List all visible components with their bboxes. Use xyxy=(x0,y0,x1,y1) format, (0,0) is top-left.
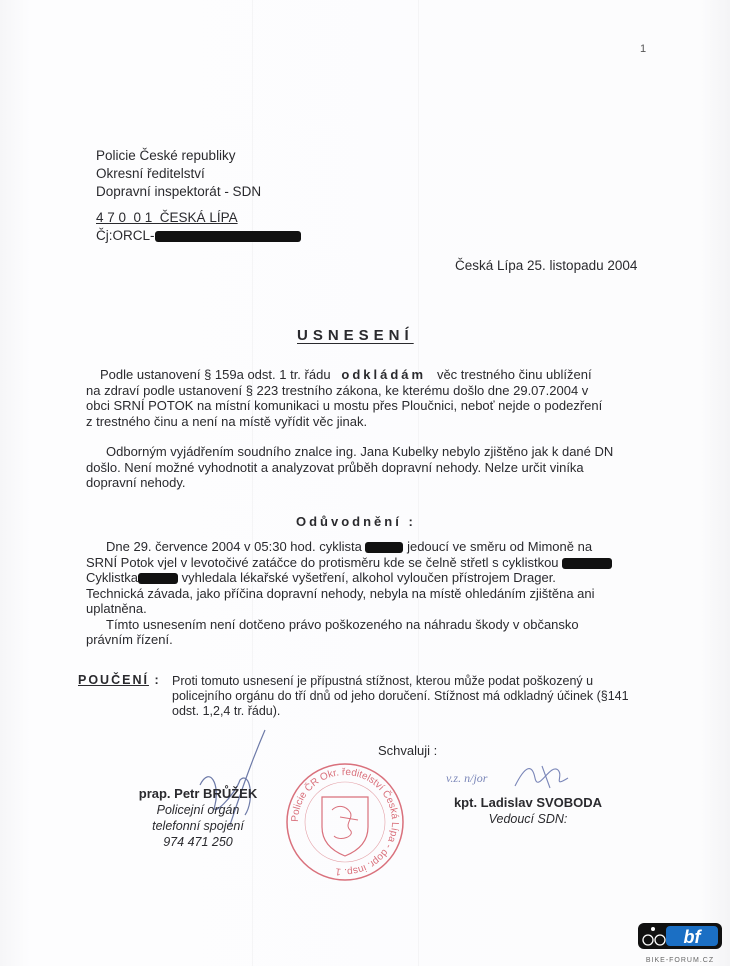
header-line-2: Okresní ředitelství xyxy=(96,165,301,183)
reference-number: Čj:ORCL- xyxy=(96,227,301,245)
signatory-left-role: Policejní orgán xyxy=(118,802,278,818)
scanned-document-page: 1 Policie České republiky Okresní ředite… xyxy=(0,0,730,966)
para1-line: obci SRNÍ POTOK na místní komunikaci u m… xyxy=(86,398,602,414)
para3-text: SRNÍ Potok vjel v levotočivé zatáčce do … xyxy=(86,555,559,570)
svg-text:v.z. n/jor: v.z. n/jor xyxy=(446,771,488,785)
para1-bold-verb: odkládám xyxy=(341,367,426,382)
header-address: 4 7 0 0 1 ČESKÁ LÍPA xyxy=(96,209,301,227)
instruction-text: Proti tomuto usnesení je přípustná stížn… xyxy=(172,674,629,719)
para2-line: dopravní nehody. xyxy=(86,475,613,491)
signatory-left-name: prap. Petr BRŮŽEK xyxy=(118,786,278,802)
svg-text:Policie ČR Okr. ředitelství Če: Policie ČR Okr. ředitelství Česká Lípa -… xyxy=(290,767,400,877)
para3-text: Cyklistka xyxy=(86,570,138,585)
para2-line: došlo. Není možné vyhodnotit a analyzova… xyxy=(86,460,613,476)
instruction-label-colon: : xyxy=(154,673,160,687)
redaction-bar xyxy=(562,558,612,569)
approval-label: Schvaluji : xyxy=(378,743,437,758)
para2-line: Odborným vyjádřením soudního znalce ing.… xyxy=(86,444,613,460)
instruction-line: odst. 1,2,4 tr. řádu). xyxy=(172,704,629,719)
official-stamp-icon: Policie ČR Okr. ředitelství Česká Lípa -… xyxy=(280,762,410,882)
para3-line: uplatněna. xyxy=(86,601,612,617)
bike-forum-watermark: bf BIKE-FORUM.CZ xyxy=(636,921,724,961)
para1-text: Podle ustanovení § 159a odst. 1 tr. řádu xyxy=(100,367,331,382)
paragraph-1: Podle ustanovení § 159a odst. 1 tr. řádu… xyxy=(86,367,602,429)
para3-text: Dne 29. července 2004 v 05:30 hod. cykli… xyxy=(106,539,362,554)
bike-forum-logo-icon: bf xyxy=(636,921,724,951)
instruction-line: Proti tomuto usnesení je přípustná stížn… xyxy=(172,674,629,689)
redaction-bar xyxy=(138,573,178,584)
svg-text:bf: bf xyxy=(684,927,703,947)
signatory-right: kpt. Ladislav SVOBODA Vedoucí SDN: xyxy=(448,795,608,827)
para1-line: na zdraví podle ustanovení § 223 trestní… xyxy=(86,383,602,399)
signatory-left-phone-label: telefonní spojení xyxy=(118,818,278,834)
signatory-right-role: Vedoucí SDN: xyxy=(448,811,608,827)
signatory-right-name: kpt. Ladislav SVOBODA xyxy=(448,795,608,811)
instruction-line: policejního orgánu do tří dnů od jeho do… xyxy=(172,689,629,704)
para3-line: právním řízení. xyxy=(86,632,612,648)
instruction-label: POUČENÍ : xyxy=(78,673,161,687)
bike-forum-site-label: BIKE-FORUM.CZ xyxy=(636,957,724,964)
page-number: 1 xyxy=(640,43,646,55)
para3-text: jedoucí ve směru od Mimoně na xyxy=(407,539,592,554)
document-title: USNESENÍ xyxy=(297,327,414,344)
para1-line: z trestného činu a není na místě vyřídit… xyxy=(86,414,602,430)
signatory-left: prap. Petr BRŮŽEK Policejní orgán telefo… xyxy=(118,786,278,850)
date-line: Česká Lípa 25. listopadu 2004 xyxy=(455,258,637,273)
header-line-3: Dopravní inspektorát - SDN xyxy=(96,183,301,201)
para3-text: vyhledala lékařské vyšetření, alkohol vy… xyxy=(182,570,556,585)
para3-line: Tímto usnesením není dotčeno právo poško… xyxy=(86,617,612,633)
sender-header: Policie České republiky Okresní ředitels… xyxy=(96,147,301,245)
paragraph-3: Dne 29. července 2004 v 05:30 hod. cykli… xyxy=(86,539,612,648)
reference-prefix: Čj:ORCL- xyxy=(96,228,155,243)
para3-line: Technická závada, jako příčina dopravní … xyxy=(86,586,612,602)
redaction-bar xyxy=(155,231,301,242)
instruction-label-text: POUČENÍ xyxy=(78,673,149,687)
paragraph-2: Odborným vyjádřením soudního znalce ing.… xyxy=(86,444,613,491)
redaction-bar xyxy=(365,542,403,553)
section-subtitle: Odůvodnění : xyxy=(296,514,416,529)
para1-text: věc trestného činu ublížení xyxy=(437,367,592,382)
header-line-1: Policie České republiky xyxy=(96,147,301,165)
signatory-left-phone: 974 471 250 xyxy=(118,834,278,850)
